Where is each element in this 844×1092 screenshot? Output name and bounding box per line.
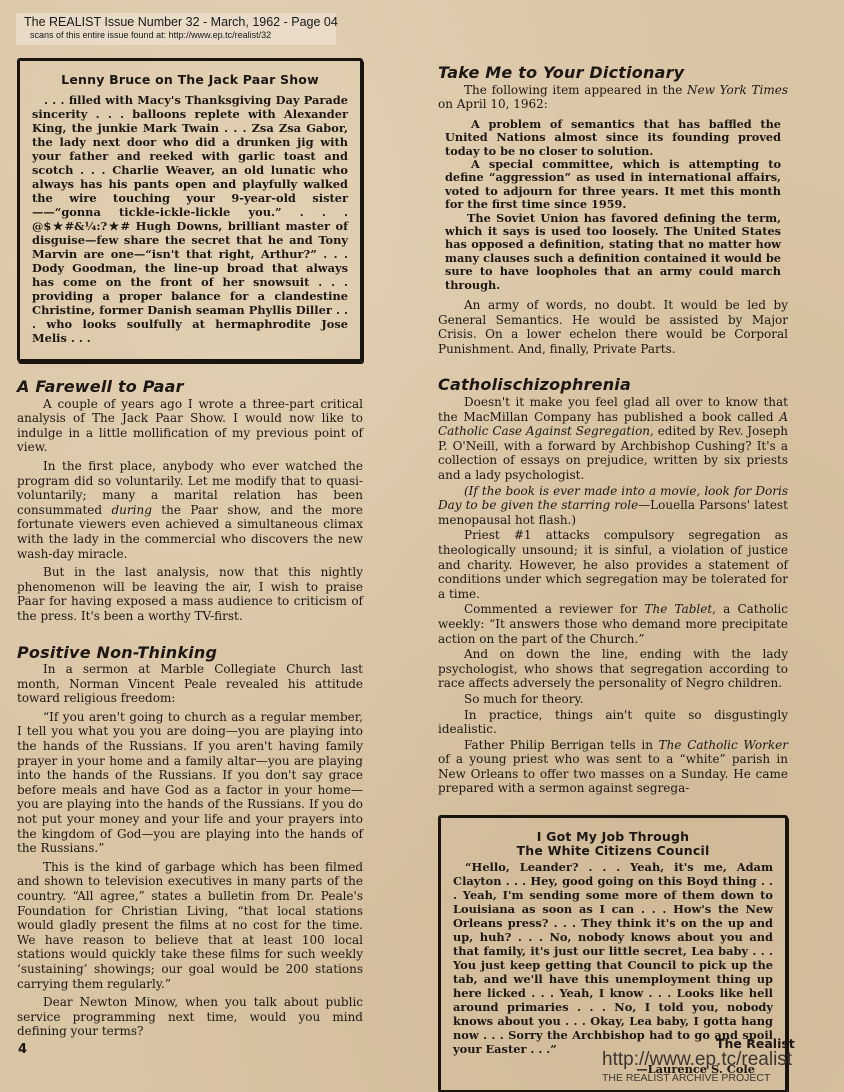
- paragraph: The following item appeared in the New Y…: [438, 83, 788, 112]
- paragraph: Priest #1 attacks compulsory segregation…: [438, 528, 788, 601]
- left-column: Lenny Bruce on The Jack Paar Show . . . …: [17, 58, 363, 1043]
- banner-title: The REALIST Issue Number 32 - March, 196…: [24, 14, 328, 30]
- paragraph: “If you aren't going to church as a regu…: [17, 710, 363, 856]
- article-heading: Positive Non-Thinking: [17, 646, 363, 661]
- paragraph: A couple of years ago I wrote a three-pa…: [17, 397, 363, 455]
- page-number: 4: [18, 1042, 27, 1057]
- right-column: Take Me to Your Dictionary The following…: [438, 66, 788, 1092]
- archive-banner: The REALIST Issue Number 32 - March, 196…: [16, 13, 336, 45]
- article-heading: A Farewell to Paar: [17, 380, 363, 395]
- archive-url[interactable]: http://www.ep.tc/realist: [602, 1049, 792, 1071]
- paragraph: But in the last analysis, now that this …: [17, 565, 363, 623]
- paragraph: Doesn't it make you feel glad all over t…: [438, 395, 788, 483]
- box-title: I Got My Job ThroughThe White Citizens C…: [453, 830, 773, 858]
- box-title: Lenny Bruce on The Jack Paar Show: [32, 73, 348, 87]
- article-heading: Take Me to Your Dictionary: [438, 66, 788, 81]
- paragraph: Father Philip Berrigan tells in The Cath…: [438, 738, 788, 796]
- article-farewell-to-paar: A Farewell to Paar A couple of years ago…: [17, 380, 363, 624]
- lenny-bruce-box: Lenny Bruce on The Jack Paar Show . . . …: [17, 58, 363, 362]
- banner-subtitle: scans of this entire issue found at: htt…: [24, 30, 328, 41]
- article-heading: Catholischizophrenia: [438, 378, 788, 393]
- paragraph: An army of words, no doubt. It would be …: [438, 298, 788, 356]
- article-positive-non-thinking: Positive Non-Thinking In a sermon at Mar…: [17, 646, 363, 1039]
- paragraph: So much for theory.: [438, 692, 788, 707]
- nyt-quote: A problem of semantics that has baffled …: [438, 118, 788, 292]
- article-take-me-to-your-dictionary: Take Me to Your Dictionary The following…: [438, 66, 788, 356]
- paragraph: This is the kind of garbage which has be…: [17, 860, 363, 991]
- paragraph: (If the book is ever made into a movie, …: [438, 484, 788, 528]
- paragraph: In a sermon at Marble Collegiate Church …: [17, 662, 363, 706]
- archive-project-name: THE REALIST ARCHIVE PROJECT: [602, 1072, 770, 1084]
- paragraph: In the first place, anybody who ever wat…: [17, 459, 363, 561]
- paragraph: And on down the line, ending with the la…: [438, 647, 788, 691]
- box-body: “Hello, Leander? . . . Yeah, it's me, Ad…: [453, 860, 773, 1056]
- box-body: . . . filled with Macy's Thanksgiving Da…: [32, 93, 348, 345]
- paragraph: In practice, things ain't quite so disgu…: [438, 708, 788, 737]
- article-catholischizophrenia: Catholischizophrenia Doesn't it make you…: [438, 378, 788, 796]
- paragraph: Commented a reviewer for The Tablet, a C…: [438, 602, 788, 646]
- paragraph: Dear Newton Minow, when you talk about p…: [17, 995, 363, 1039]
